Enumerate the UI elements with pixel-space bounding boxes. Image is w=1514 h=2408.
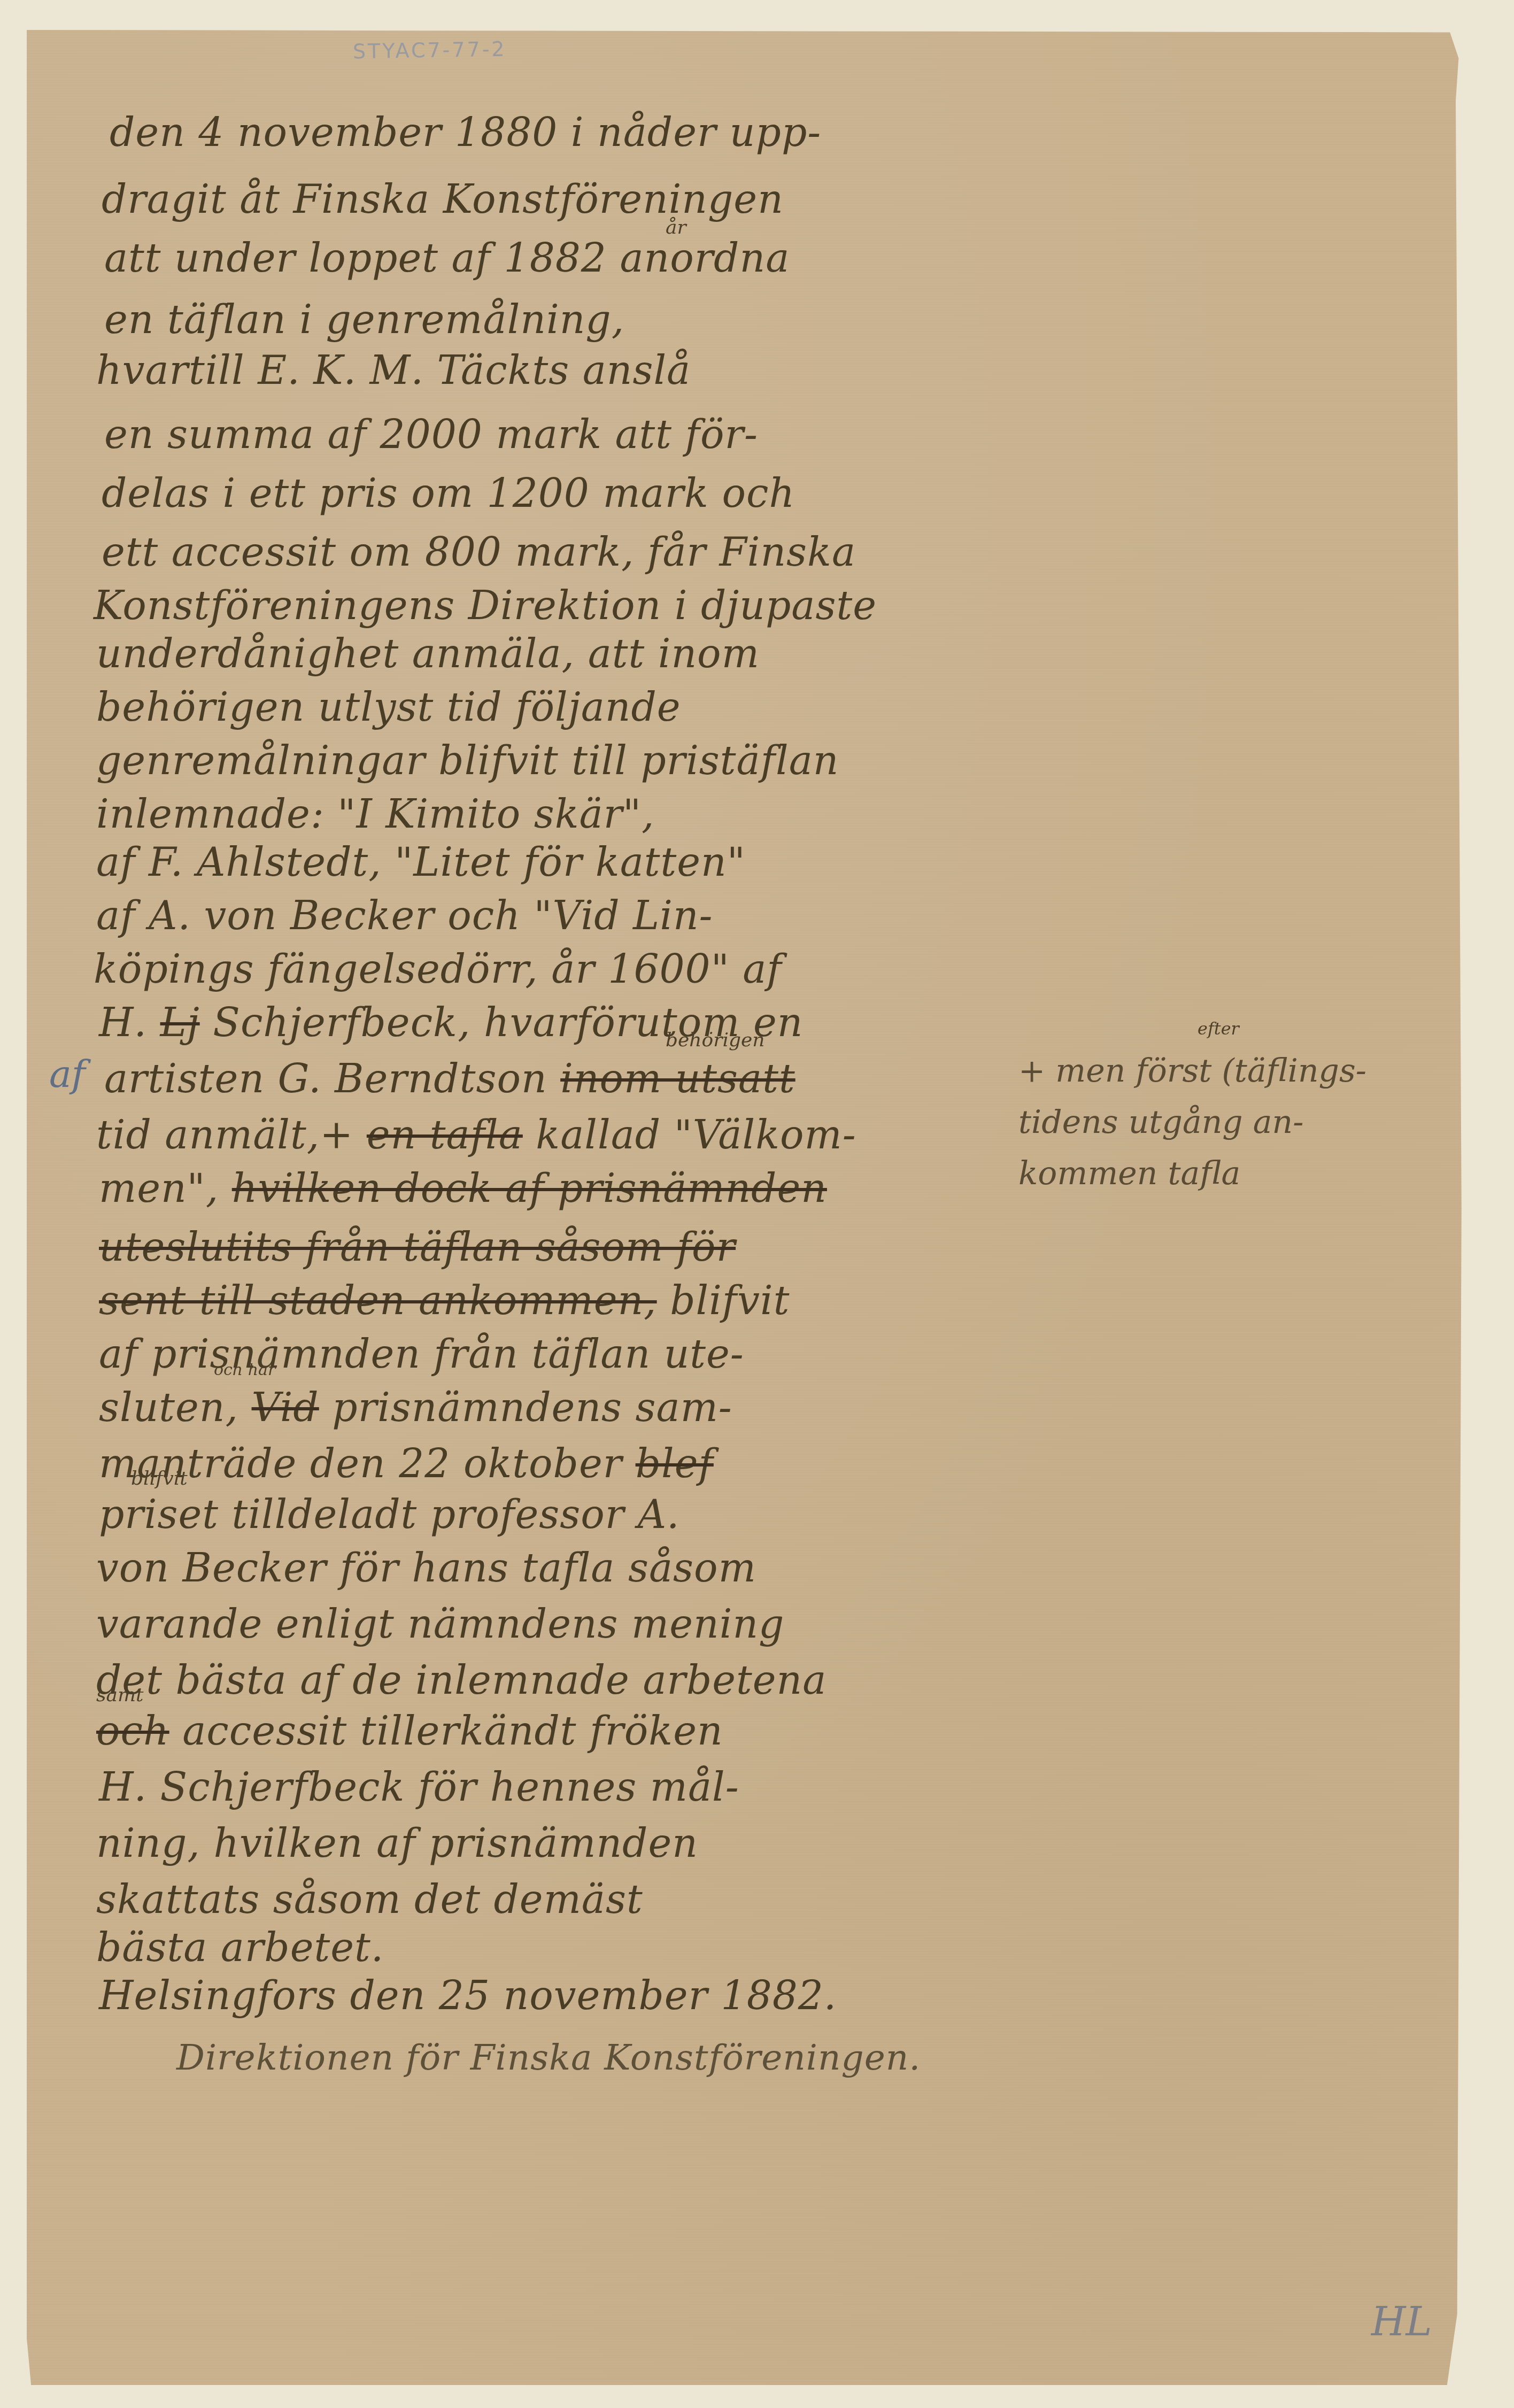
insertion-och-har: och har: [214, 1361, 275, 1379]
line-22-text-b: blifvit: [657, 1278, 790, 1324]
manuscript-line-14: af F. Ahlstedt, "Litet för katten": [96, 839, 746, 885]
manuscript-line-19: tid anmält,+ en tafla kallad "Välkom-: [96, 1112, 856, 1158]
signature-line: Direktionen för Finska Konstföreningen.: [176, 2037, 921, 2078]
manuscript-line-18: artisten G. Berndtson inom utsatt: [104, 1056, 795, 1102]
manuscript-line-23: af prisnämnden från täflan ute-: [99, 1331, 744, 1377]
right-margin-line-2: tidens utgång an-: [1018, 1097, 1366, 1148]
manuscript-line-1: den 4 november 1880 i nåder upp-: [110, 110, 821, 156]
insertion-samt: samt: [96, 1684, 144, 1706]
manuscript-line-11: behörigen utlyst tid följande: [96, 684, 681, 730]
manuscript-line-34: bästa arbetet.: [96, 1925, 384, 1971]
manuscript-line-24: sluten, Vid prisnämndens sam-: [99, 1385, 732, 1431]
line-26-text-b: tilldeladt professor A.: [231, 1492, 679, 1538]
line-17-deletion: Lj: [160, 1000, 200, 1046]
insertion-behorigen: behörigen: [666, 1029, 764, 1051]
dateline: Helsingfors den 25 november 1882.: [99, 1973, 837, 2019]
line-26-text-a: priset: [99, 1492, 231, 1538]
line-24-deletion: Vid: [252, 1385, 319, 1431]
manuscript-line-16: köpings fängelsedörr, år 1600" af: [94, 946, 782, 992]
manuscript-line-3: att under loppet af 1882 anordna: [104, 235, 790, 281]
manuscript-line-26: priset tilldeladt professor A.: [99, 1492, 680, 1538]
manuscript-line-20: men", hvilken dock af prisnämnden: [99, 1166, 827, 1211]
manuscript-line-25: manträde den 22 oktober blef: [99, 1441, 714, 1487]
manuscript-line-4: en täflan i genremålning,: [104, 297, 624, 343]
insertion-blifvit: blifvit: [131, 1468, 188, 1489]
manuscript-line-5: hvartill E. K. M. Täckts anslå: [96, 348, 691, 393]
manuscript-line-33: skattats såsom det demäst: [96, 1877, 643, 1923]
manuscript-line-8: ett accessit om 800 mark, får Finska: [102, 529, 856, 575]
line-20-deletion: hvilken dock af prisnämnden: [232, 1166, 827, 1211]
line-20-text-a: men",: [99, 1166, 232, 1211]
line-18-deletion: inom utsatt: [560, 1056, 795, 1102]
manuscript-line-32: ning, hvilken af prisnämnden: [96, 1820, 698, 1866]
manuscript-line-10: underdånighet anmäla, att inom: [96, 631, 760, 677]
manuscript-line-13: inlemnade: "I Kimito skär",: [96, 791, 655, 837]
line-3-text-b: 1882 anordna: [504, 235, 790, 281]
line-22-deletion: sent till staden ankommen,: [99, 1278, 657, 1324]
line-21-deletion: uteslutits från täflan såsom för: [99, 1224, 736, 1270]
line-19-deletion: en tafla: [367, 1112, 523, 1158]
corner-monogram: HL: [1371, 2299, 1432, 2345]
manuscript-line-12: genremålningar blifvit till pristäflan: [96, 738, 839, 784]
right-margin-note: + men först (täflings- tidens utgång an-…: [1018, 1045, 1366, 1199]
manuscript-line-29: det bästa af de inlemnade arbetena: [96, 1657, 826, 1703]
archive-pencil-mark: STYAC7-77-2: [353, 37, 507, 63]
line-24-text-a: sluten,: [99, 1385, 252, 1431]
line-3-text-a: att under loppet af: [104, 235, 504, 281]
manuscript-line-21: uteslutits från täflan såsom för: [99, 1224, 736, 1270]
line-30-deletion: och: [96, 1708, 169, 1754]
manuscript-line-6: en summa af 2000 mark att för-: [104, 412, 758, 458]
line-25-deletion: blef: [636, 1441, 714, 1487]
line-19-text-a: tid anmält,+: [96, 1112, 367, 1158]
insertion-efter: efter: [1198, 1018, 1239, 1039]
manuscript-line-2: dragit åt Finska Konstföreningen: [102, 176, 784, 222]
manuscript-line-30: och accessit tillerkändt fröken: [96, 1708, 723, 1754]
manuscript-line-9: Konstföreningens Direktion i djupaste: [94, 583, 877, 629]
line-17-text-a: H.: [99, 1000, 160, 1046]
manuscript-line-22: sent till staden ankommen, blifvit: [99, 1278, 790, 1324]
right-margin-line-1: + men först (täflings-: [1018, 1045, 1366, 1097]
manuscript-line-27: von Becker för hans tafla såsom: [96, 1545, 756, 1591]
manuscript-line-7: delas i ett pris om 1200 mark och: [102, 470, 795, 516]
line-18-text-a: artisten G. Berndtson: [104, 1056, 560, 1102]
manuscript-line-28: varande enligt nämndens mening: [96, 1601, 784, 1647]
right-margin-line-3: kommen tafla: [1018, 1148, 1366, 1199]
line-19-text-b: kallad "Välkom-: [523, 1112, 856, 1158]
line-24-text-b: prisnämndens sam-: [319, 1385, 732, 1431]
line-30-text-b: accessit tillerkändt fröken: [169, 1708, 723, 1754]
left-margin-note: af: [49, 1052, 86, 1096]
manuscript-line-31: H. Schjerfbeck för hennes mål-: [99, 1764, 739, 1810]
manuscript-line-15: af A. von Becker och "Vid Lin-: [96, 893, 713, 939]
